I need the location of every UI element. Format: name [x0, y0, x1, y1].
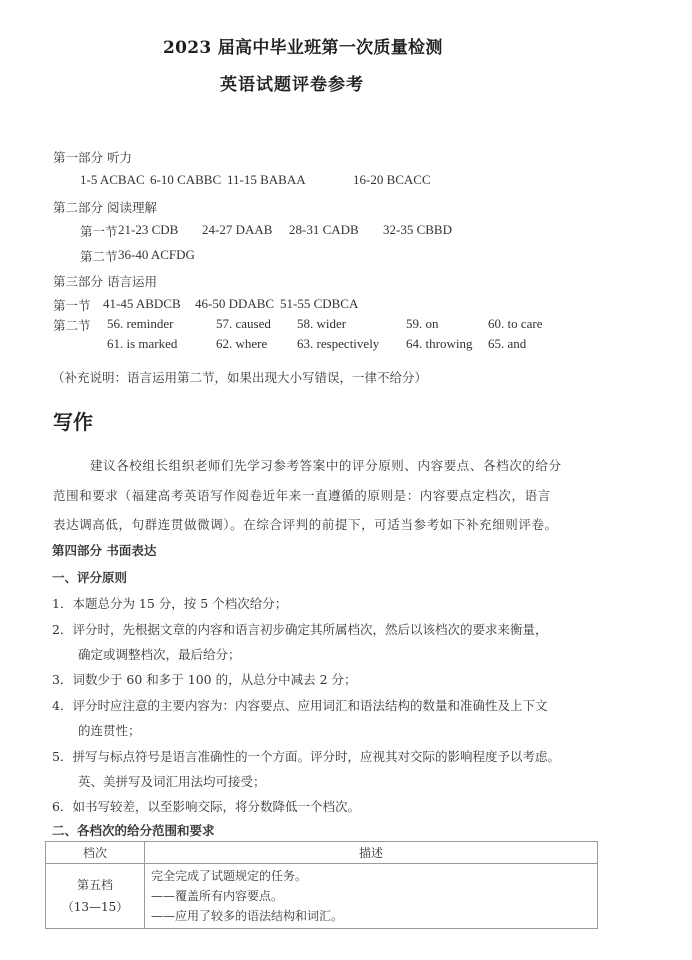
answer-item: 65. and: [488, 336, 526, 352]
section-label: 第一节: [80, 222, 118, 240]
answer-group: 32-35 CBBD: [383, 222, 452, 238]
principle-item: 3．词数少于 60 和多于 100 的，从总分中减去 2 分；: [52, 670, 357, 688]
principle-item: 2．评分时，先根据文章的内容和语言初步确定其所属档次，然后以该档次的要求来衡量，: [52, 620, 547, 638]
answer-item: 60. to care: [488, 316, 543, 332]
section-label: 第二节: [80, 247, 118, 265]
answer-group: 11-15 BABAA: [227, 172, 306, 188]
table-header-row: 档次 描述: [46, 842, 598, 864]
answer-group: 41-45 ABDCB: [103, 296, 181, 312]
principle-item: 4．评分时应注意的主要内容为：内容要点、应用词汇和语法结构的数量和准确性及上下文: [52, 696, 547, 714]
grading-table: 档次 描述 第五档 （13—15） 完全完成了试题规定的任务。 ——覆盖所有内容…: [45, 841, 598, 929]
answer-item: 64. throwing: [406, 336, 472, 352]
intro-paragraph-line: 表达调高低，句群连贯做微调）。在综合评判的前提下，可适当参考如下补充细则评卷。: [53, 515, 558, 533]
principle-item-continuation: 的连贯性；: [78, 721, 141, 739]
answer-item: 62. where: [216, 336, 267, 352]
grade-level-cell: 第五档 （13—15）: [46, 864, 145, 929]
answer-group: 36-40 ACFDG: [118, 247, 195, 263]
answer-item: 58. wider: [297, 316, 346, 332]
answer-group: 46-50 DDABC: [195, 296, 274, 312]
answer-group: 1-5 ACBAC: [80, 172, 145, 188]
answer-item: 61. is marked: [107, 336, 177, 352]
answer-group: 24-27 DAAB: [202, 222, 272, 238]
supplementary-note: （补充说明：语言运用第二节，如果出现大小写错误，一律不给分）: [52, 368, 427, 386]
answer-group: 6-10 CABBC: [150, 172, 221, 188]
answer-item: 63. respectively: [297, 336, 379, 352]
principle-item: 1．本题总分为 15 分，按 5 个档次给分；: [52, 594, 287, 612]
intro-paragraph-line: 建议各校组长组织老师们先学习参考答案中的评分原则、内容要点、各档次的给分: [90, 456, 562, 474]
answer-group: 28-31 CADB: [289, 222, 359, 238]
part1-heading: 第一部分 听力: [53, 148, 132, 166]
part2-heading: 第二部分 阅读理解: [53, 198, 157, 216]
section-label: 第一节: [53, 296, 91, 314]
writing-heading: 写作: [53, 406, 93, 435]
part3-heading: 第三部分 语言运用: [53, 272, 157, 290]
document-subtitle: 英语试题评卷参考: [220, 70, 364, 95]
table-row: 第五档 （13—15） 完全完成了试题规定的任务。 ——覆盖所有内容要点。 ——…: [46, 864, 598, 929]
grade-description-cell: 完全完成了试题规定的任务。 ——覆盖所有内容要点。 ——应用了较多的语法结构和词…: [145, 864, 598, 929]
principle-item-continuation: 英、美拼写及词汇用法均可接受；: [78, 772, 266, 790]
description-line: ——覆盖所有内容要点。: [151, 886, 591, 906]
answer-item: 56. reminder: [107, 316, 173, 332]
intro-paragraph-line: 范围和要求（福建高考英语写作阅卷近年来一直遵循的原则是：内容要点定档次，语言: [53, 486, 551, 504]
answer-group: 51-55 CDBCA: [280, 296, 358, 312]
grades-heading: 二、各档次的给分范围和要求: [52, 821, 215, 839]
grade-level-name: 第五档: [47, 874, 143, 896]
description-line: 完全完成了试题规定的任务。: [151, 866, 591, 886]
column-header-level: 档次: [46, 842, 145, 864]
description-line: ——应用了较多的语法结构和词汇。: [151, 906, 591, 926]
answer-group: 16-20 BCACC: [353, 172, 431, 188]
answer-group: 21-23 CDB: [118, 222, 178, 238]
principle-item-continuation: 确定或调整档次，最后给分；: [78, 645, 241, 663]
principle-item: 5．拼写与标点符号是语言准确性的一个方面。评分时，应视其对交际的影响程度予以考虑…: [52, 747, 560, 765]
principle-item: 6．如书写较差，以至影响交际，将分数降低一个档次。: [52, 797, 360, 815]
grade-score-range: （13—15）: [47, 896, 143, 918]
document-title: 2023 届高中毕业班第一次质量检测: [163, 33, 443, 58]
answer-item: 59. on: [406, 316, 439, 332]
answer-item: 57. caused: [216, 316, 271, 332]
part4-heading: 第四部分 书面表达: [52, 541, 156, 559]
column-header-description: 描述: [145, 842, 598, 864]
section-label: 第二节: [53, 316, 91, 334]
principles-heading: 一、评分原则: [52, 568, 127, 586]
